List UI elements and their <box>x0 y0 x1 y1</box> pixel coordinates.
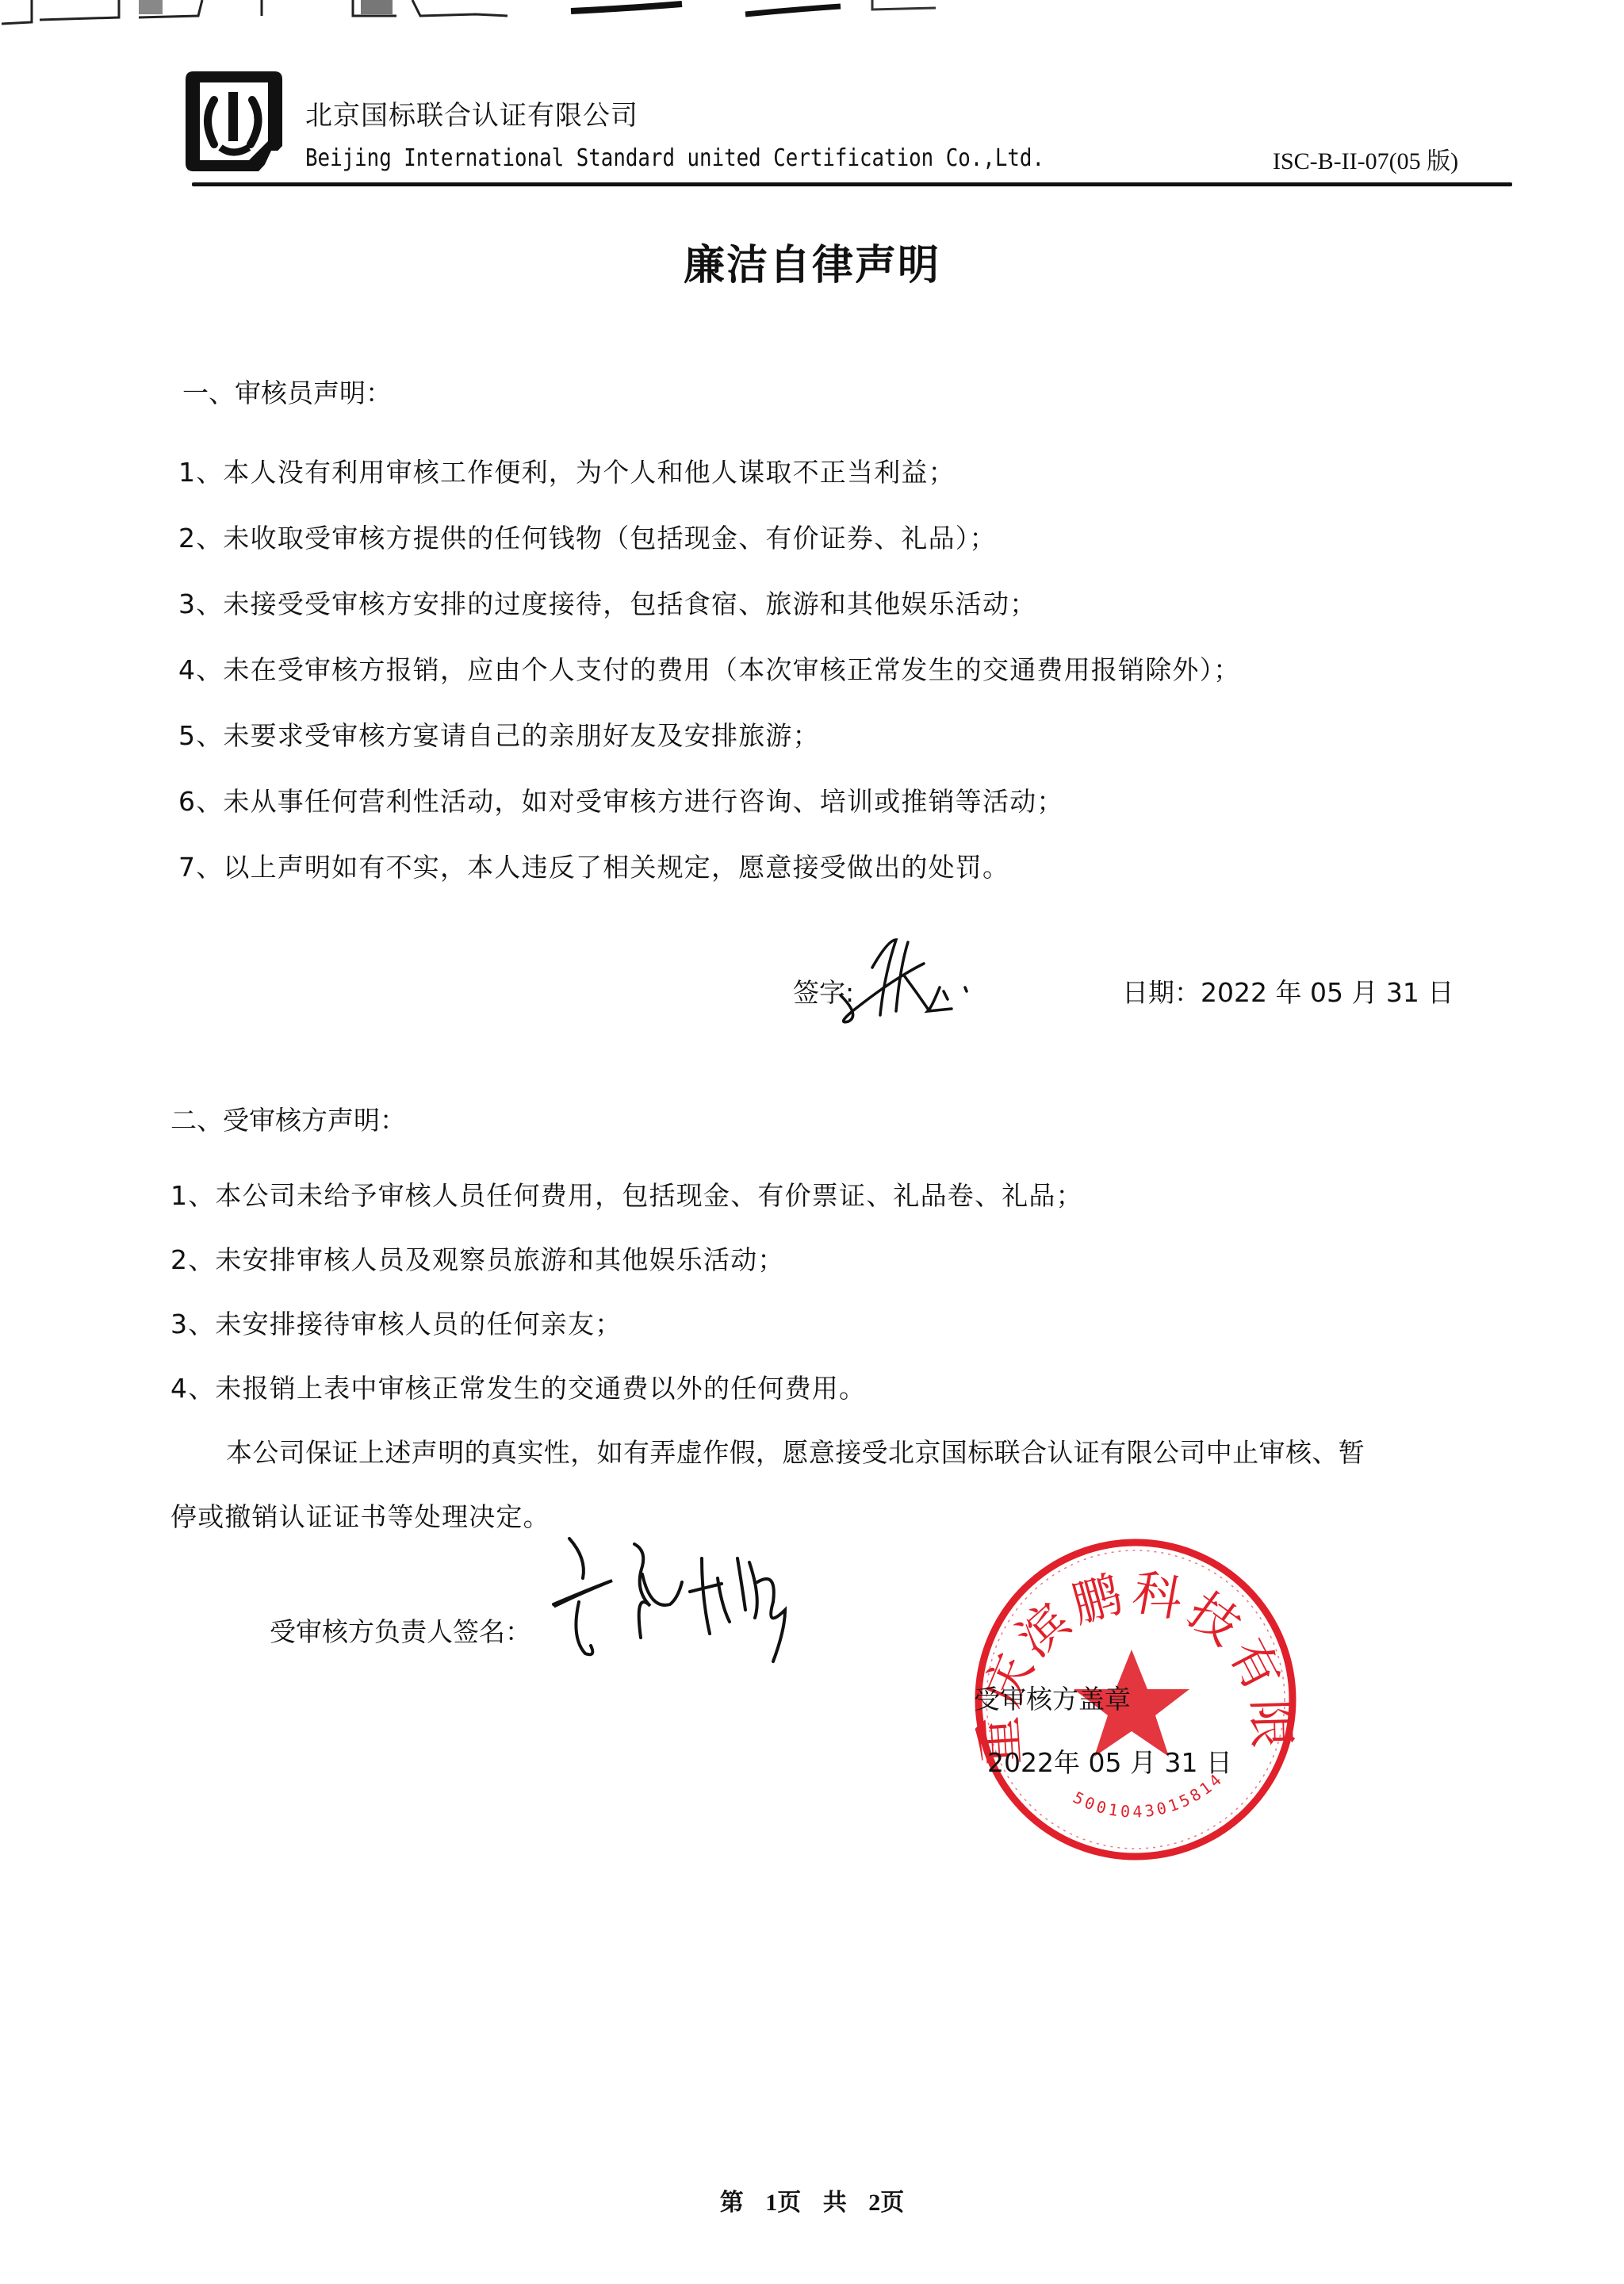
auditor-item: 2、未收取受审核方提供的任何钱物（包括现金、有价证券、礼品）； <box>178 518 997 555</box>
auditor-item: 3、未接受受审核方安排的过度接待，包括食宿、旅游和其他娱乐活动； <box>178 584 1036 621</box>
auditee-section-heading: 二、受审核方声明： <box>170 1100 406 1137</box>
company-name-cn: 北京国标联合认证有限公司 <box>305 94 638 132</box>
auditee-item: 4、未报销上表中审核正常发生的交通费以外的任何费用。 <box>170 1368 866 1405</box>
auditor-item: 7、以上声明如有不实，本人违反了相关规定，愿意接受做出的处罚。 <box>178 847 1009 884</box>
scan-artifact <box>0 0 1031 32</box>
auditor-item: 5、未要求受审核方宴请自己的亲朋好友及安排旅游； <box>178 715 820 753</box>
auditee-signature <box>547 1535 833 1669</box>
header-divider <box>192 182 1512 186</box>
guarantee-text: 本公司保证上述声明的真实性，如有弄虚作假，愿意接受北京国标联合认证有限公司中止审… <box>226 1432 1365 1470</box>
seal-date: 2022年 05 月 31 日 <box>987 1742 1232 1780</box>
auditor-item: 1、本人没有利用审核工作便利，为个人和他人谋取不正当利益； <box>178 452 956 489</box>
page-number: 第 1页 共 2页 <box>0 2182 1624 2217</box>
document-title: 廉洁自律声明 <box>0 232 1624 291</box>
auditor-signature <box>829 936 987 1027</box>
auditor-date: 日期：2022 年 05 月 31 日 <box>1122 972 1454 1010</box>
auditee-signature-label: 受审核方负责人签名： <box>270 1611 531 1649</box>
guarantee-text: 停或撤销认证证书等处理决定。 <box>170 1496 550 1534</box>
auditor-item: 4、未在受审核方报销，应由个人支付的费用（本次审核正常发生的交通费用报销除外）； <box>178 650 1241 687</box>
auditee-item: 2、未安排审核人员及观察员旅游和其他娱乐活动； <box>170 1240 785 1277</box>
company-name-en: Beijing International Standard united Ce… <box>305 144 1044 172</box>
seal-label: 受审核方盖章 <box>974 1679 1131 1716</box>
document-code: ISC-B-II-07(05 版) <box>1273 141 1458 176</box>
company-logo-icon <box>182 68 285 174</box>
auditor-section-heading: 一、审核员声明： <box>182 373 392 410</box>
auditee-item: 3、未安排接待审核人员的任何亲友； <box>170 1304 622 1341</box>
auditor-item: 6、未从事任何营利性活动，如对受审核方进行咨询、培训或推销等活动； <box>178 781 1064 818</box>
auditee-item: 1、本公司未给予审核人员任何费用，包括现金、有价票证、礼品卷、礼品； <box>170 1175 1083 1213</box>
